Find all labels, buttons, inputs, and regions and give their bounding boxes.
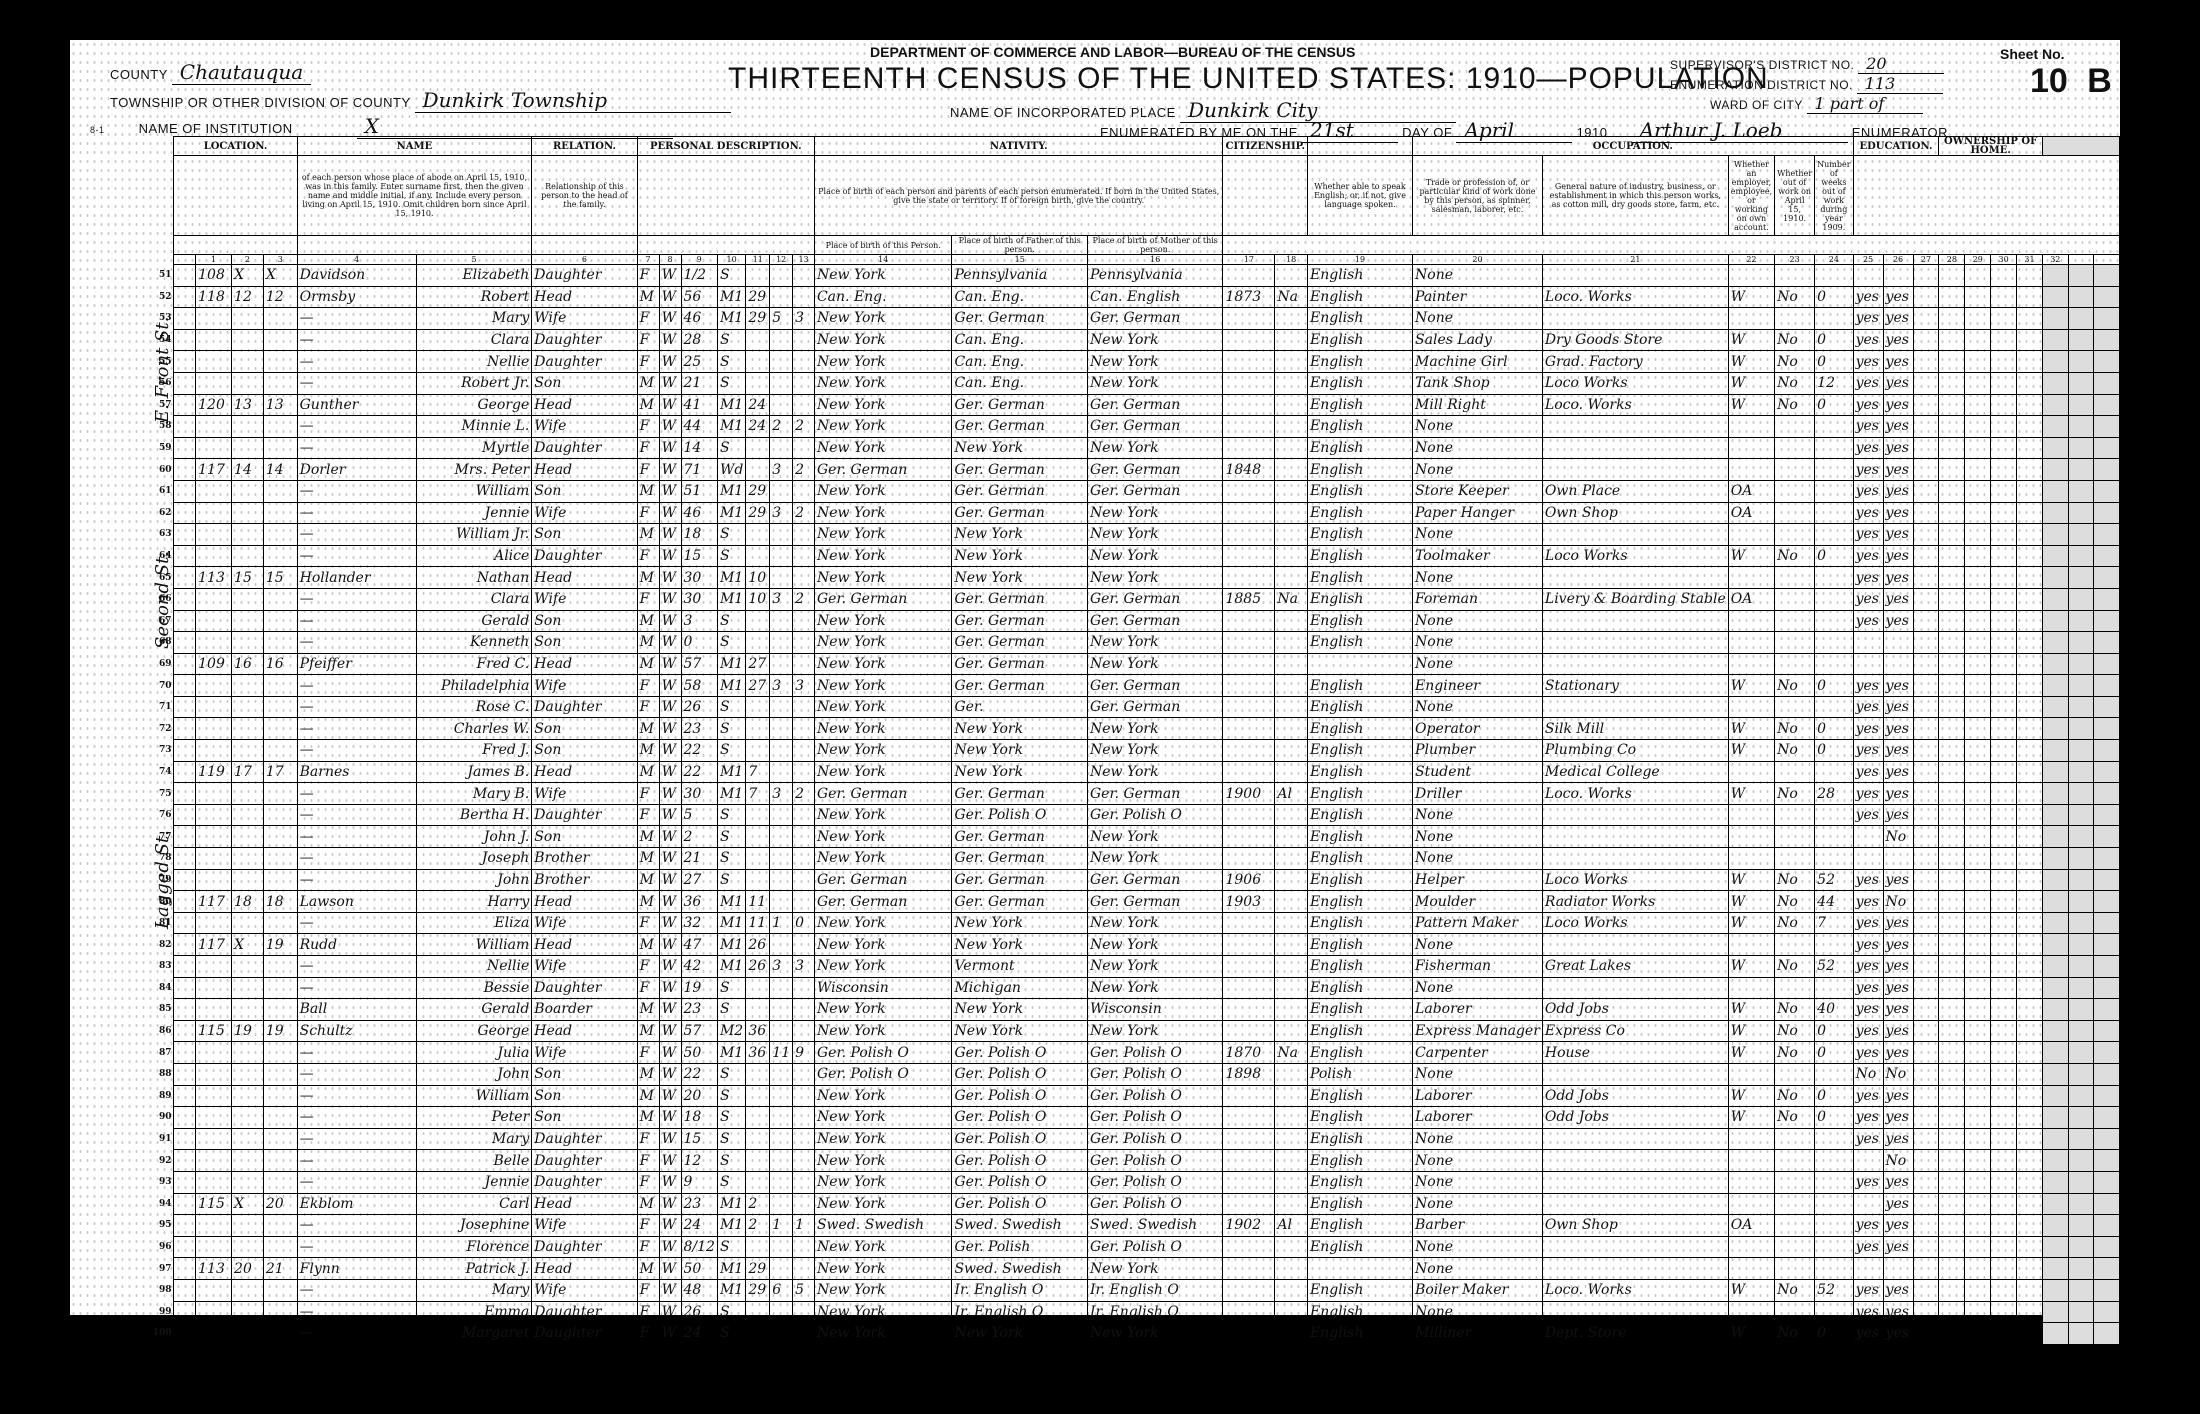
cell-born — [770, 394, 793, 416]
cell-birth: New York — [814, 956, 951, 978]
cell-blank — [2094, 1323, 2120, 1345]
cell-blank — [2017, 891, 2043, 913]
cell-english: English — [1308, 351, 1413, 373]
cell-immig — [1223, 545, 1275, 567]
cell-house — [196, 675, 232, 697]
cell-blank — [1991, 783, 2017, 805]
table-row: 61—WilliamSonMW51M129New YorkGer. German… — [150, 480, 2120, 502]
column-number: 7 — [637, 255, 659, 265]
cell-emp — [1728, 459, 1774, 481]
cell-relation: Son — [532, 1063, 637, 1085]
cell-read: yes — [1853, 480, 1883, 502]
cell-yrs-married — [746, 1301, 770, 1323]
cell-family — [263, 804, 297, 826]
cell-blank — [1913, 891, 1939, 913]
cell-house — [196, 1085, 232, 1107]
cell-family — [263, 1323, 297, 1345]
cell-write: No — [1883, 1150, 1913, 1172]
column-number: 22 — [1728, 255, 1774, 265]
cell-oow — [1775, 502, 1815, 524]
cell-blank — [1991, 999, 2017, 1021]
cell-english: English — [1308, 1107, 1413, 1129]
cell-living — [793, 1323, 815, 1345]
cell-family: X — [263, 265, 297, 287]
cell-weeks — [1815, 265, 1853, 287]
cell-birth: New York — [814, 351, 951, 373]
cell-born — [770, 632, 793, 654]
street-cell — [174, 1236, 196, 1258]
cell-blank — [2042, 308, 2068, 330]
cell-immig: 1902 — [1223, 1215, 1275, 1237]
cell-english: English — [1308, 675, 1413, 697]
cell-industry: Great Lakes — [1542, 956, 1728, 978]
cell-immig — [1223, 480, 1275, 502]
cell-blank — [1965, 718, 1991, 740]
cell-write: yes — [1883, 956, 1913, 978]
cell-blank — [1965, 956, 1991, 978]
cell-birth: New York — [814, 416, 951, 438]
cell-house — [196, 804, 232, 826]
cell-write: No — [1883, 826, 1913, 848]
cell-blank — [2094, 783, 2120, 805]
cell-blank — [2017, 826, 2043, 848]
cell-blank — [2094, 696, 2120, 718]
cell-immig — [1223, 351, 1275, 373]
cell-relation: Wife — [532, 416, 637, 438]
cell-write — [1883, 653, 1913, 675]
cell-blank — [1991, 804, 2017, 826]
cell-emp: W — [1728, 1323, 1774, 1345]
table-row: 99—EmmaDaughterFW26SNew YorkIr. English … — [150, 1301, 2120, 1323]
cell-marital: S — [717, 1236, 745, 1258]
cell-father: Ger. Polish — [952, 1236, 1088, 1258]
cell-read — [1853, 265, 1883, 287]
cell-english: English — [1308, 869, 1413, 891]
cell-blank — [2042, 1107, 2068, 1129]
cell-blank — [2068, 956, 2094, 978]
cell-nat — [1275, 632, 1308, 654]
cell-yrs-married: 26 — [746, 956, 770, 978]
cell-given: Bessie — [416, 977, 532, 999]
cell-weeks — [1815, 610, 1853, 632]
cell-father: Ger. — [952, 696, 1088, 718]
cell-dwelling — [232, 1323, 264, 1345]
cell-blank — [1965, 934, 1991, 956]
cell-marital: M1 — [717, 934, 745, 956]
cell-read: yes — [1853, 891, 1883, 913]
cell-house — [196, 696, 232, 718]
cell-blank — [2017, 1063, 2043, 1085]
cell-write — [1883, 265, 1913, 287]
cell-blank — [2017, 1279, 2043, 1301]
cell-write: yes — [1883, 372, 1913, 394]
cell-blank — [1991, 265, 2017, 287]
cell-blank — [1939, 394, 1965, 416]
cell-weeks — [1815, 632, 1853, 654]
cell-read: yes — [1853, 351, 1883, 373]
cell-born — [770, 545, 793, 567]
cell-father: Pennsylvania — [952, 265, 1088, 287]
cell-living: 9 — [793, 1042, 815, 1064]
cell-industry — [1542, 804, 1728, 826]
cell-sex: F — [637, 1215, 659, 1237]
cell-surname: — — [297, 977, 416, 999]
cell-industry — [1542, 653, 1728, 675]
cell-oow — [1775, 1258, 1815, 1280]
cell-yrs-married — [746, 545, 770, 567]
cell-blank — [2017, 1171, 2043, 1193]
cell-living — [793, 524, 815, 546]
street-cell — [174, 610, 196, 632]
street-cell — [174, 1301, 196, 1323]
cell-blank — [2042, 1215, 2068, 1237]
cell-write: yes — [1883, 437, 1913, 459]
column-number: 27 — [1913, 255, 1939, 265]
table-row: 94115X20EkblomCarlHeadMW23M12New YorkGer… — [150, 1193, 2120, 1215]
street-cell — [174, 1193, 196, 1215]
cell-marital: S — [717, 1323, 745, 1345]
cell-blank — [1965, 826, 1991, 848]
cell-blank — [2094, 1063, 2120, 1085]
cell-nat — [1275, 740, 1308, 762]
cell-birth: New York — [814, 308, 951, 330]
cell-blank — [2094, 524, 2120, 546]
cell-blank — [1991, 1215, 2017, 1237]
cell-birth: New York — [814, 804, 951, 826]
sheet-number-value: 10 — [2030, 62, 2068, 100]
cell-living — [793, 848, 815, 870]
cell-living — [793, 740, 815, 762]
cell-living — [793, 1301, 815, 1323]
nativity-header: NATIVITY. — [814, 137, 1223, 156]
cell-age: 23 — [681, 718, 717, 740]
cell-read: yes — [1853, 999, 1883, 1021]
cell-blank — [2094, 1128, 2120, 1150]
cell-blank — [1939, 1085, 1965, 1107]
cell-relation: Son — [532, 740, 637, 762]
cell-living: 2 — [793, 502, 815, 524]
cell-surname: — — [297, 956, 416, 978]
cell-blank — [1939, 1258, 1965, 1280]
cell-given: William Jr. — [416, 524, 532, 546]
township-label: Township or other division of county — [110, 95, 410, 110]
cell-blank — [1991, 891, 2017, 913]
cell-relation: Son — [532, 718, 637, 740]
cell-read: yes — [1853, 1215, 1883, 1237]
cell-blank — [2068, 740, 2094, 762]
cell-born — [770, 999, 793, 1021]
cell-living — [793, 934, 815, 956]
cell-given: William — [416, 480, 532, 502]
cell-blank — [2094, 1258, 2120, 1280]
cell-yrs-married — [746, 1085, 770, 1107]
cell-living — [793, 891, 815, 913]
cell-surname: — — [297, 480, 416, 502]
cell-mother: New York — [1087, 934, 1223, 956]
cell-given: Florence — [416, 1236, 532, 1258]
line-number: 93 — [150, 1171, 174, 1193]
cell-industry: Odd Jobs — [1542, 999, 1728, 1021]
table-row: 51108XXDavidsonElizabethDaughterFW1/2SNe… — [150, 265, 2120, 287]
cell-weeks — [1815, 1301, 1853, 1323]
ed-label: Enumeration District No. — [1670, 78, 1853, 92]
cell-blank — [2094, 934, 2120, 956]
cell-sex: M — [637, 848, 659, 870]
cell-emp — [1728, 696, 1774, 718]
cell-industry — [1542, 1150, 1728, 1172]
cell-given: Nellie — [416, 351, 532, 373]
cell-weeks — [1815, 826, 1853, 848]
cell-born — [770, 653, 793, 675]
cell-relation: Daughter — [532, 1323, 637, 1345]
cell-blank — [1939, 1042, 1965, 1064]
cell-blank — [1965, 394, 1991, 416]
cell-emp: OA — [1728, 480, 1774, 502]
cell-marital: S — [717, 1171, 745, 1193]
cell-oow — [1775, 696, 1815, 718]
column-number: 13 — [793, 255, 815, 265]
cell-write: yes — [1883, 588, 1913, 610]
table-row: 92—BelleDaughterFW12SNew YorkGer. Polish… — [150, 1150, 2120, 1172]
cell-born: 6 — [770, 1279, 793, 1301]
cell-write: yes — [1883, 740, 1913, 762]
cell-write: yes — [1883, 480, 1913, 502]
cell-trade: None — [1413, 977, 1543, 999]
nativity-desc: Place of birth of each person and parent… — [814, 156, 1223, 236]
cell-blank — [2068, 394, 2094, 416]
cell-emp: W — [1728, 545, 1774, 567]
cell-surname: — — [297, 1128, 416, 1150]
cell-family: 20 — [263, 1193, 297, 1215]
cell-blank — [1913, 351, 1939, 373]
cell-nat — [1275, 567, 1308, 589]
cell-born — [770, 848, 793, 870]
cell-blank — [1965, 783, 1991, 805]
cell-weeks: 0 — [1815, 1020, 1853, 1042]
cell-blank — [1965, 567, 1991, 589]
cell-industry: Dept. Store — [1542, 1323, 1728, 1345]
cell-living — [793, 567, 815, 589]
line-number: 91 — [150, 1128, 174, 1150]
cell-house — [196, 1236, 232, 1258]
cell-immig — [1223, 804, 1275, 826]
cell-blank — [2017, 977, 2043, 999]
cell-race: W — [659, 329, 681, 351]
cell-surname: Ekblom — [297, 1193, 416, 1215]
cell-relation: Daughter — [532, 1301, 637, 1323]
cell-english: English — [1308, 567, 1413, 589]
street-cell — [174, 351, 196, 373]
cell-blank — [1991, 848, 2017, 870]
cell-weeks — [1815, 848, 1853, 870]
cell-write — [1883, 1258, 1913, 1280]
cell-relation: Wife — [532, 912, 637, 934]
cell-race: W — [659, 1150, 681, 1172]
cell-immig: 1885 — [1223, 588, 1275, 610]
cell-birth: New York — [814, 934, 951, 956]
cell-industry: Grad. Factory — [1542, 351, 1728, 373]
cell-industry: Radiator Works — [1542, 891, 1728, 913]
cell-dwelling: 16 — [232, 653, 264, 675]
cell-write: yes — [1883, 675, 1913, 697]
cell-marital: S — [717, 437, 745, 459]
rest-sub — [1223, 236, 2120, 255]
cell-blank — [1965, 286, 1991, 308]
cell-trade: Mill Right — [1413, 394, 1543, 416]
cell-yrs-married: 29 — [746, 502, 770, 524]
cell-born — [770, 826, 793, 848]
cell-english: English — [1308, 956, 1413, 978]
cell-house — [196, 1279, 232, 1301]
cell-blank — [1965, 1171, 1991, 1193]
cell-read: yes — [1853, 524, 1883, 546]
cell-given: Mrs. Peter — [416, 459, 532, 481]
cell-blank — [1965, 869, 1991, 891]
cell-blank — [1913, 480, 1939, 502]
cell-yrs-married: 10 — [746, 567, 770, 589]
cell-industry: Dry Goods Store — [1542, 329, 1728, 351]
county-label: County — [110, 67, 168, 82]
cell-immig — [1223, 437, 1275, 459]
cell-yrs-married — [746, 804, 770, 826]
cell-dwelling: 19 — [232, 1020, 264, 1042]
cell-age: 51 — [681, 480, 717, 502]
cell-given: Margaret — [416, 1323, 532, 1345]
cell-oow — [1775, 761, 1815, 783]
cell-read: yes — [1853, 977, 1883, 999]
cell-blank — [2017, 480, 2043, 502]
cell-blank — [2068, 351, 2094, 373]
cell-dwelling — [232, 869, 264, 891]
cell-living — [793, 545, 815, 567]
cell-trade: Sales Lady — [1413, 329, 1543, 351]
cell-industry — [1542, 632, 1728, 654]
cell-blank — [2068, 1323, 2094, 1345]
cell-house: 109 — [196, 653, 232, 675]
cell-age: 0 — [681, 632, 717, 654]
cell-blank — [1939, 653, 1965, 675]
cell-living — [793, 804, 815, 826]
cell-family — [263, 1171, 297, 1193]
cell-english: English — [1308, 848, 1413, 870]
cell-blank — [1939, 1020, 1965, 1042]
cell-blank — [1939, 1301, 1965, 1323]
cell-relation: Brother — [532, 848, 637, 870]
cell-mother: Ger. Polish O — [1087, 1236, 1223, 1258]
street-cell — [174, 1258, 196, 1280]
name-sub — [297, 236, 532, 255]
cell-race: W — [659, 718, 681, 740]
column-number: 25 — [1853, 255, 1883, 265]
cell-blank — [2094, 394, 2120, 416]
cell-emp — [1728, 1171, 1774, 1193]
cell-blank — [2068, 524, 2094, 546]
cell-dwelling: 13 — [232, 394, 264, 416]
cell-relation: Wife — [532, 1042, 637, 1064]
cell-blank — [2094, 351, 2120, 373]
cell-blank — [1913, 286, 1939, 308]
cell-born — [770, 869, 793, 891]
table-row: 84—BessieDaughterFW19SWisconsinMichiganN… — [150, 977, 2120, 999]
cell-immig — [1223, 1236, 1275, 1258]
line-number: 92 — [150, 1150, 174, 1172]
line-number: 99 — [150, 1301, 174, 1323]
cell-given: John J. — [416, 826, 532, 848]
cell-blank — [1991, 718, 2017, 740]
cell-marital: S — [717, 804, 745, 826]
cell-oow — [1775, 610, 1815, 632]
cell-english: English — [1308, 372, 1413, 394]
cell-blank — [1939, 912, 1965, 934]
cell-trade: None — [1413, 848, 1543, 870]
cell-age: 30 — [681, 783, 717, 805]
cell-marital: Wd — [717, 459, 745, 481]
cell-blank — [1991, 934, 2017, 956]
cell-trade: None — [1413, 1150, 1543, 1172]
county-field: County Chautauqua — [110, 60, 311, 85]
table-row: 73—Fred J.SonMW22SNew YorkNew YorkNew Yo… — [150, 740, 2120, 762]
cell-age: 30 — [681, 588, 717, 610]
cell-relation: Wife — [532, 588, 637, 610]
cell-blank — [2094, 1171, 2120, 1193]
cell-blank — [1913, 848, 1939, 870]
cell-english: English — [1308, 1323, 1413, 1345]
cell-blank — [2068, 545, 2094, 567]
cell-blank — [1913, 416, 1939, 438]
cell-surname: — — [297, 416, 416, 438]
cell-blank — [2017, 848, 2043, 870]
cell-family — [263, 1301, 297, 1323]
cell-relation: Son — [532, 826, 637, 848]
cell-blank — [2068, 1085, 2094, 1107]
cell-marital: M1 — [717, 653, 745, 675]
cell-sex: F — [637, 329, 659, 351]
cell-blank — [2094, 459, 2120, 481]
cell-relation: Head — [532, 761, 637, 783]
cell-mother: Ger. Polish O — [1087, 1042, 1223, 1064]
cell-given: Joseph — [416, 848, 532, 870]
cell-age: 42 — [681, 956, 717, 978]
cell-write: yes — [1883, 696, 1913, 718]
cell-sex: M — [637, 1085, 659, 1107]
ward-value: 1 part of — [1807, 94, 1923, 114]
cell-birth: New York — [814, 372, 951, 394]
cell-blank — [1991, 1042, 2017, 1064]
cell-age: 23 — [681, 999, 717, 1021]
cell-blank — [2042, 1323, 2068, 1345]
cell-blank — [2042, 1020, 2068, 1042]
cell-emp: W — [1728, 956, 1774, 978]
cell-write: yes — [1883, 1107, 1913, 1129]
cell-marital: M1 — [717, 588, 745, 610]
cell-blank — [1939, 351, 1965, 373]
cell-write: yes — [1883, 459, 1913, 481]
cell-surname: — — [297, 740, 416, 762]
cell-english: English — [1308, 588, 1413, 610]
cell-mother: New York — [1087, 956, 1223, 978]
cell-blank — [1913, 610, 1939, 632]
cell-marital: S — [717, 1107, 745, 1129]
cell-blank — [1913, 632, 1939, 654]
cell-read: yes — [1853, 416, 1883, 438]
cell-emp: W — [1728, 394, 1774, 416]
cell-yrs-married — [746, 1150, 770, 1172]
column-number: 9 — [681, 255, 717, 265]
cell-marital: S — [717, 265, 745, 287]
cell-blank — [1913, 372, 1939, 394]
cell-write: yes — [1883, 1236, 1913, 1258]
cell-house — [196, 372, 232, 394]
